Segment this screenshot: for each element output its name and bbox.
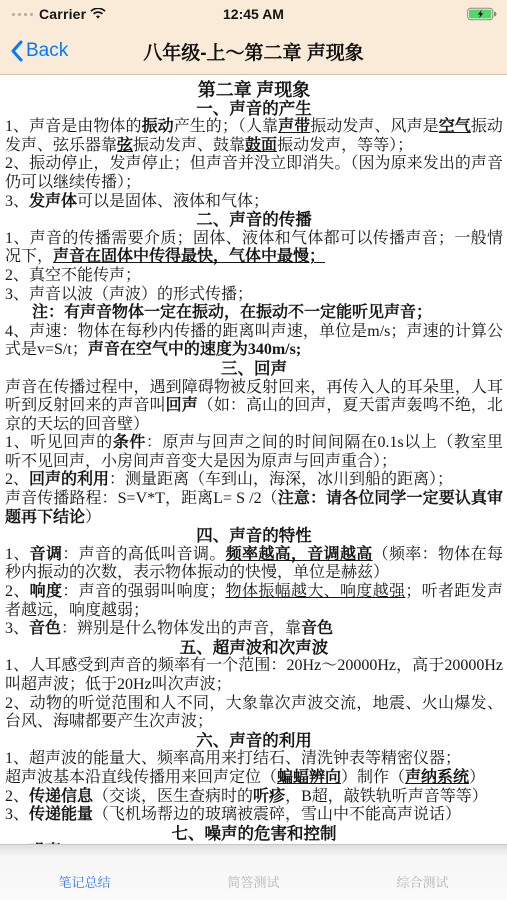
section-heading-1: 一、声音的产生 bbox=[5, 100, 503, 119]
tab-short-answer-test[interactable]: 简答测试 bbox=[169, 845, 338, 900]
emphasized-text: 传递能量 bbox=[29, 806, 93, 823]
note-paragraph: 3、发声体可以是固体、液体和气体； bbox=[5, 193, 503, 212]
chapter-title: 第二章 声现象 bbox=[5, 81, 503, 100]
emphasized-text: 频率越高，音调越高 bbox=[226, 546, 373, 563]
app-screen: Carrier 12:45 AM bbox=[0, 0, 507, 900]
tab-label: 笔记总结 bbox=[58, 872, 110, 891]
tab-label: 简答测试 bbox=[227, 872, 279, 891]
plain-text: 一、声音的产生 bbox=[196, 99, 312, 118]
note-remark: 注：有声音物体一定在振动，在振动不一定能听见声音； bbox=[5, 304, 503, 323]
note-paragraph: 2、回声的利用：测量距离（车到山，海深，冰川到船的距离）； bbox=[5, 471, 503, 490]
note-paragraph: 1、声音的传播需要介质；固体、液体和气体都可以传播声音；一般情况下，声音在固体中… bbox=[5, 230, 503, 267]
plain-text: 1、听见回声的 bbox=[5, 434, 113, 451]
emphasized-text: 鼓面 bbox=[245, 137, 277, 154]
emphasized-text: 弦 bbox=[117, 137, 133, 154]
plain-text: 2、振动停止，发声停止；但声音并没立即消失。（因为原来发出的声音仍可以继续传播）… bbox=[5, 155, 503, 191]
plain-text: 1、 bbox=[5, 546, 30, 563]
status-bar: Carrier 12:45 AM bbox=[0, 0, 507, 28]
plain-text: 1、人耳感受到声音的频率有一个范围：20Hz～20000Hz，高于20000Hz… bbox=[5, 657, 503, 693]
plain-text: 3、 bbox=[5, 193, 29, 210]
plain-text: 第二章 声现象 bbox=[198, 80, 311, 100]
emphasized-text: 声音在固体中传得最快，气体中最慢； bbox=[53, 248, 325, 265]
emphasized-text: 振动 bbox=[142, 118, 174, 135]
emphasized-text: 音色 bbox=[301, 620, 333, 637]
emphasized-text: 回声的利用 bbox=[29, 471, 109, 488]
plain-text: 六、声音的利用 bbox=[196, 731, 312, 750]
note-paragraph: 声音传播路程：S=V*T，距离L= S /2（注意：请各位同学一定要认真审题再下… bbox=[5, 490, 503, 527]
section-heading-7: 七、噪声的危害和控制 bbox=[5, 825, 503, 844]
plain-text: 二、声音的传播 bbox=[196, 210, 312, 229]
back-chevron-icon bbox=[10, 40, 23, 62]
note-paragraph: 2、真空不能传声； bbox=[5, 267, 503, 286]
section-heading-6: 六、声音的利用 bbox=[5, 732, 503, 751]
emphasized-text: 传递信息 bbox=[29, 788, 93, 805]
plain-text: 五、超声波和次声波 bbox=[180, 638, 329, 657]
status-bar-right bbox=[467, 0, 497, 28]
plain-text: ：辨别是什么物体发出的声音，靠 bbox=[61, 620, 301, 637]
tab-bar: 笔记总结简答测试综合测试 bbox=[0, 844, 507, 900]
plain-text: 2、真空不能传声； bbox=[5, 267, 141, 284]
plain-text: 3、声音以波（声波）的形式传播； bbox=[5, 286, 253, 303]
plain-text: 2、 bbox=[5, 788, 29, 805]
emphasized-text: 听疹 bbox=[253, 788, 285, 805]
plain-text: 振动发声、鼓靠 bbox=[133, 137, 245, 154]
plain-text: ，B超，敲铁轨听声音等等） bbox=[285, 788, 488, 805]
status-bar-center: 12:45 AM bbox=[0, 0, 507, 28]
notes-content[interactable]: 第二章 声现象一、声音的产生1、声音是由物体的振动产生的；（人靠声带振动发声、风… bbox=[0, 75, 507, 900]
plain-text: 3、 bbox=[5, 806, 29, 823]
plain-text: （飞机场帮边的玻璃被震碎，雪山中不能高声说话） bbox=[93, 806, 461, 823]
note-paragraph: 1、超声波的能量大、频率高用来打结石、清洗钟表等精密仪器； bbox=[5, 750, 503, 769]
plain-text: 可以是固体、液体和气体； bbox=[77, 193, 269, 210]
emphasized-text: 发声体 bbox=[29, 193, 77, 210]
plain-text: 2、 bbox=[5, 471, 29, 488]
plain-text: ） bbox=[85, 509, 101, 526]
tab-label: 综合测试 bbox=[396, 872, 448, 891]
emphasized-text: 音色 bbox=[29, 620, 61, 637]
clock: 12:45 AM bbox=[223, 6, 284, 22]
note-paragraph: 2、响度：声音的强弱叫响度；物体振幅越大、响度越强；听者距发声者越远，响度越弱； bbox=[5, 583, 503, 620]
plain-text: 声音传播路程：S=V*T，距离L= S /2（ bbox=[5, 490, 278, 507]
note-paragraph: 1、音调：声音的高低叫音调。频率越高，音调越高（频率：物体在每秒内振动的次数，表… bbox=[5, 546, 503, 583]
plain-text: 1、声音是由物体的 bbox=[5, 118, 142, 135]
plain-text: 振动发声、风声是 bbox=[310, 118, 439, 135]
note-paragraph: 3、传递能量（飞机场帮边的玻璃被震碎，雪山中不能高声说话） bbox=[5, 806, 503, 825]
note-paragraph: 2、振动停止，发声停止；但声音并没立即消失。（因为原来发出的声音仍可以继续传播）… bbox=[5, 155, 503, 192]
tab-notes-summary[interactable]: 笔记总结 bbox=[0, 845, 169, 900]
emphasized-text: 物体振幅越大、响度越强 bbox=[225, 583, 405, 600]
plain-text: ：声音的高低叫音调。 bbox=[62, 546, 225, 563]
plain-text: 1、超声波的能量大、频率高用来打结石、清洗钟表等精密仪器； bbox=[5, 750, 461, 767]
note-paragraph: 2、传递信息（交谈，医生查病时的听疹，B超，敲铁轨听声音等等） bbox=[5, 788, 503, 807]
plain-text: ：测量距离（车到山，海深，冰川到船的距离）； bbox=[109, 471, 453, 488]
tab-comprehensive-test[interactable]: 综合测试 bbox=[338, 845, 507, 900]
plain-text: 3、 bbox=[5, 620, 29, 637]
plain-text: 2、动物的听觉范围和人不同，大象靠次声波交流，地震、火山爆发、台风、海啸都要产生… bbox=[5, 695, 503, 731]
note-paragraph: 1、声音是由物体的振动产生的；（人靠声带振动发声、风声是空气振动发声、弦乐器靠弦… bbox=[5, 118, 503, 155]
emphasized-text: 声音在空气中的速度为340m/s; bbox=[88, 341, 301, 358]
plain-text: 四、声音的特性 bbox=[196, 526, 312, 545]
section-heading-4: 四、声音的特性 bbox=[5, 527, 503, 546]
note-paragraph: 声音在传播过程中，遇到障碍物被反射回来，再传入人的耳朵里，人耳听到反射回来的声音… bbox=[5, 379, 503, 435]
plain-text: （交谈，医生查病时的 bbox=[93, 788, 253, 805]
emphasized-text: 回声 bbox=[166, 397, 198, 414]
plain-text: 产生的；（人靠 bbox=[174, 118, 278, 135]
plain-text: 2、 bbox=[5, 583, 30, 600]
emphasized-text: 响度 bbox=[30, 583, 63, 600]
note-paragraph: 1、人耳感受到声音的频率有一个范围：20Hz～20000Hz，高于20000Hz… bbox=[5, 657, 503, 694]
note-paragraph: 超声波基本沿直线传播用来回声定位（蝙蝠辨向）制作（声纳系统） bbox=[5, 769, 503, 788]
plain-text: 七、噪声的危害和控制 bbox=[172, 824, 337, 843]
emphasized-text: 声带 bbox=[278, 118, 310, 135]
note-paragraph: 1、听见回声的条件：原声与回声之间的时间间隔在0.1s以上（教室里听不见回声，小… bbox=[5, 434, 503, 471]
emphasized-text: 蝙蝠辨向 bbox=[277, 769, 341, 786]
note-paragraph: 3、音色：辨别是什么物体发出的声音，靠音色 bbox=[5, 620, 503, 639]
plain-text: ：声音的强弱叫响度； bbox=[62, 583, 225, 600]
section-heading-2: 二、声音的传播 bbox=[5, 211, 503, 230]
note-paragraph: 2、动物的听觉范围和人不同，大象靠次声波交流，地震、火山爆发、台风、海啸都要产生… bbox=[5, 695, 503, 732]
emphasized-text: 音调 bbox=[30, 546, 63, 563]
plain-text: 三、回声 bbox=[221, 359, 287, 378]
emphasized-text: 声纳系统 bbox=[405, 769, 469, 786]
emphasized-text: 条件 bbox=[113, 434, 146, 451]
plain-text: 超声波基本沿直线传播用来回声定位（ bbox=[5, 769, 277, 786]
plain-text: 注：有声音物体一定在振动，在振动不一定能听见声音； bbox=[32, 304, 432, 321]
plain-text: ）制作（ bbox=[341, 769, 405, 786]
section-heading-5: 五、超声波和次声波 bbox=[5, 639, 503, 658]
section-heading-3: 三、回声 bbox=[5, 360, 503, 379]
emphasized-text: 空气 bbox=[439, 118, 471, 135]
note-paragraph: 3、声音以波（声波）的形式传播； bbox=[5, 286, 503, 305]
plain-text: 振动发声，等等）； bbox=[277, 137, 413, 154]
plain-text: ） bbox=[469, 769, 485, 786]
navigation-bar: Back 八年级-上～第二章 声现象 bbox=[0, 28, 507, 75]
battery-charging-icon bbox=[467, 7, 497, 21]
note-paragraph: 4、声速：物体在每秒内传播的距离叫声速，单位是m/s；声速的计算公式是v=S/t… bbox=[5, 323, 503, 360]
page-title: 八年级-上～第二章 声现象 bbox=[60, 28, 447, 74]
